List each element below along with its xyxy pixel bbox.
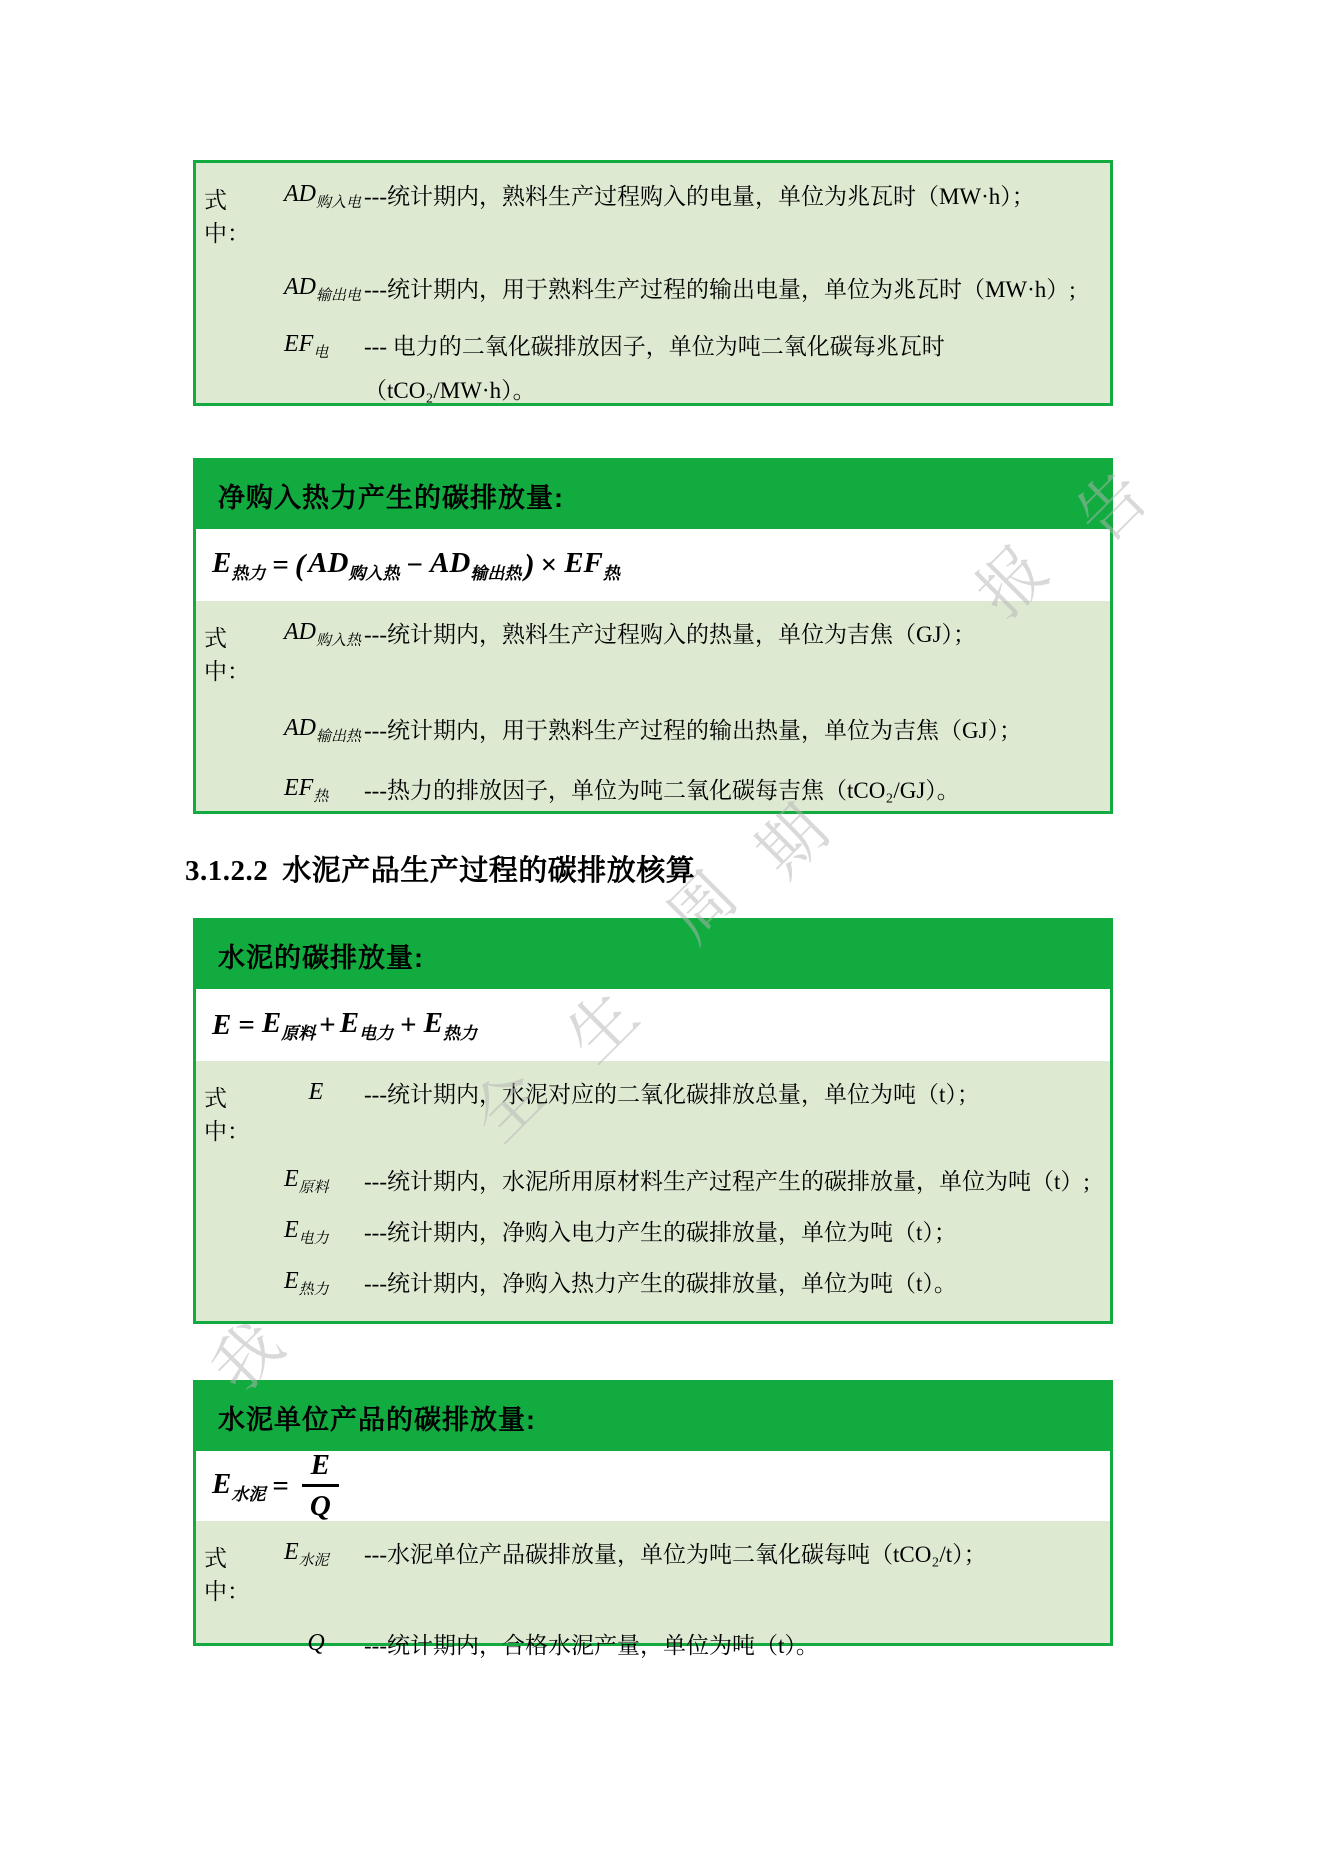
definition-row: 式中： E ---统计期内，水泥对应的二氧化碳排放总量，单位为吨（t）； [204, 1077, 1098, 1146]
section-heading: 3.1.2.2水泥产品生产过程的碳排放核算 [185, 848, 695, 889]
variable-symbol: AD输出热 [268, 713, 364, 746]
variable-subscript: 购入电 [316, 195, 361, 211]
definition-row: EF电 --- 电力的二氧化碳排放因子，单位为吨二氧化碳每兆瓦时（tCO₂/MW… [204, 329, 1098, 406]
variable-symbol: AD输出电 [268, 272, 364, 305]
spacer [204, 1215, 268, 1218]
fraction: E Q [302, 1451, 339, 1521]
heat-emissions-formula: E热力 = ( AD购入热 − AD输出热 ) × EF热 [196, 529, 1110, 601]
equals-sign: = [272, 549, 289, 582]
variable-symbol: EF电 [268, 329, 364, 362]
definition-row: Q ---统计期内，合格水泥产量，单位为吨（t）。 [204, 1628, 1098, 1661]
description-continuation: （tCO₂/MW·h）。 [364, 376, 945, 406]
formula-lhs: E水泥 [212, 1468, 265, 1505]
variable-description: ---统计期内，合格水泥产量，单位为吨（t）。 [364, 1628, 819, 1661]
definition-row: E电力 ---统计期内，净购入电力产生的碳排放量，单位为吨（t）； [204, 1215, 1098, 1248]
variable-description: ---统计期内，净购入电力产生的碳排放量，单位为吨（t）； [364, 1215, 957, 1248]
variable-symbol: E电力 [268, 1215, 364, 1248]
minus-sign: − [407, 549, 424, 582]
fraction-numerator: E [303, 1451, 338, 1484]
heat-emissions-box: 净购入热力产生的碳排放量: E热力 = ( AD购入热 − AD输出热 ) × … [193, 458, 1113, 814]
spacer [204, 713, 268, 716]
variable-description: ---热力的排放因子，单位为吨二氧化碳每吉焦（tCO₂/GJ）。 [364, 773, 960, 806]
where-label: 式中： [204, 1537, 268, 1606]
cement-emissions-formula: E = E原料 + E电力 + E热力 [196, 989, 1110, 1061]
formula-lhs: E热力 [212, 547, 265, 584]
box-title: 水泥单位产品的碳排放量: [196, 1383, 1110, 1451]
variable-subscript: 输出电 [316, 288, 361, 304]
box-body: 式中： E水泥 ---水泥单位产品碳排放量，单位为吨二氧化碳每吨（tCO₂/t）… [196, 1521, 1110, 1661]
definition-row: 式中： AD购入电 ---统计期内，熟料生产过程购入的电量，单位为兆瓦时（MW·… [204, 179, 1098, 248]
equals-sign: = [238, 1009, 255, 1042]
definition-row: E热力 ---统计期内，净购入热力产生的碳排放量，单位为吨（t）。 [204, 1266, 1098, 1299]
formula-term: E热力 [424, 1007, 477, 1044]
close-paren: ) [524, 547, 534, 583]
variable-symbol: E水泥 [268, 1537, 364, 1570]
equals-sign: = [272, 1470, 289, 1503]
spacer [204, 1164, 268, 1167]
times-sign: × [541, 549, 558, 582]
variable-description: ---水泥单位产品碳排放量，单位为吨二氧化碳每吨（tCO₂/t）； [364, 1537, 987, 1570]
electricity-variables-box: 式中： AD购入电 ---统计期内，熟料生产过程购入的电量，单位为兆瓦时（MW·… [193, 160, 1113, 406]
box-title: 净购入热力产生的碳排放量: [196, 461, 1110, 529]
variable-symbol: E热力 [268, 1266, 364, 1299]
open-paren: ( [295, 547, 305, 583]
spacer [204, 272, 268, 275]
variable-description: ---统计期内，净购入热力产生的碳排放量，单位为吨（t）。 [364, 1266, 957, 1299]
where-label: 式中： [204, 179, 268, 248]
spacer [204, 1628, 268, 1631]
definition-row: 式中： AD购入热 ---统计期内，熟料生产过程购入的热量，单位为吉焦（GJ）； [204, 617, 1098, 686]
box-body: 式中： E ---统计期内，水泥对应的二氧化碳排放总量，单位为吨（t）； E原料… [196, 1061, 1110, 1299]
unit-cement-emissions-box: 水泥单位产品的碳排放量: E水泥 = E Q 式中： E水泥 ---水泥单位产品… [193, 1380, 1113, 1646]
section-title: 水泥产品生产过程的碳排放核算 [282, 855, 695, 887]
definition-row: AD输出热 ---统计期内，用于熟料生产过程的输出热量，单位为吉焦（GJ）； [204, 713, 1098, 746]
variable-subscript: 电 [313, 345, 328, 361]
variable-description: ---统计期内，熟料生产过程购入的热量，单位为吉焦（GJ）； [364, 617, 976, 650]
formula-term: EF热 [564, 547, 620, 584]
section-number: 3.1.2.2 [185, 855, 268, 887]
variable-symbol: AD购入电 [268, 179, 364, 212]
variable-description: ---统计期内，用于熟料生产过程的输出热量，单位为吉焦（GJ）； [364, 713, 1022, 746]
plus-sign: + [400, 1009, 417, 1042]
definition-row: EF热 ---热力的排放因子，单位为吨二氧化碳每吉焦（tCO₂/GJ）。 [204, 773, 1098, 806]
where-label: 式中： [204, 617, 268, 686]
variable-description: --- 电力的二氧化碳排放因子，单位为吨二氧化碳每兆瓦时（tCO₂/MW·h）。 [364, 329, 945, 406]
variable-description: ---统计期内，用于熟料生产过程的输出电量，单位为兆瓦时（MW·h）; [364, 272, 1076, 305]
fraction-denominator: Q [302, 1484, 339, 1521]
where-label: 式中： [204, 1077, 268, 1146]
cement-emissions-box: 水泥的碳排放量: E = E原料 + E电力 + E热力 式中： E ---统计… [193, 918, 1113, 1324]
formula-lhs: E [212, 1009, 231, 1042]
spacer [204, 1266, 268, 1269]
formula-term: E电力 [340, 1007, 393, 1044]
formula-term: AD购入热 [308, 547, 399, 584]
variable-description: ---统计期内，熟料生产过程购入的电量，单位为兆瓦时（MW·h）； [364, 179, 1035, 212]
variable-symbol: AD购入热 [268, 617, 364, 650]
variable-symbol: E原料 [268, 1164, 364, 1197]
plus-sign: + [319, 1009, 336, 1042]
spacer [204, 329, 268, 332]
unit-emissions-formula: E水泥 = E Q [196, 1451, 1110, 1521]
formula-term: E原料 [262, 1007, 315, 1044]
box-body: 式中： AD购入热 ---统计期内，熟料生产过程购入的热量，单位为吉焦（GJ）；… [196, 601, 1110, 806]
document-page: 我全生周期报告 式中： AD购入电 ---统计期内，熟料生产过程购入的电量，单位… [0, 0, 1323, 1871]
variable-symbol: Q [268, 1628, 364, 1661]
box-title: 水泥的碳排放量: [196, 921, 1110, 989]
definition-row: E原料 ---统计期内，水泥所用原材料生产过程产生的碳排放量，单位为吨（t）; [204, 1164, 1098, 1197]
variable-symbol: EF热 [268, 773, 364, 806]
definition-row: 式中： E水泥 ---水泥单位产品碳排放量，单位为吨二氧化碳每吨（tCO₂/t）… [204, 1537, 1098, 1606]
variable-description: ---统计期内，水泥所用原材料生产过程产生的碳排放量，单位为吨（t）; [364, 1164, 1090, 1197]
variable-description: ---统计期内，水泥对应的二氧化碳排放总量，单位为吨（t）； [364, 1077, 980, 1110]
formula-term: AD输出热 [430, 547, 521, 584]
spacer [204, 773, 268, 776]
definition-row: AD输出电 ---统计期内，用于熟料生产过程的输出电量，单位为兆瓦时（MW·h）… [204, 272, 1098, 305]
variable-symbol: E [268, 1077, 364, 1110]
